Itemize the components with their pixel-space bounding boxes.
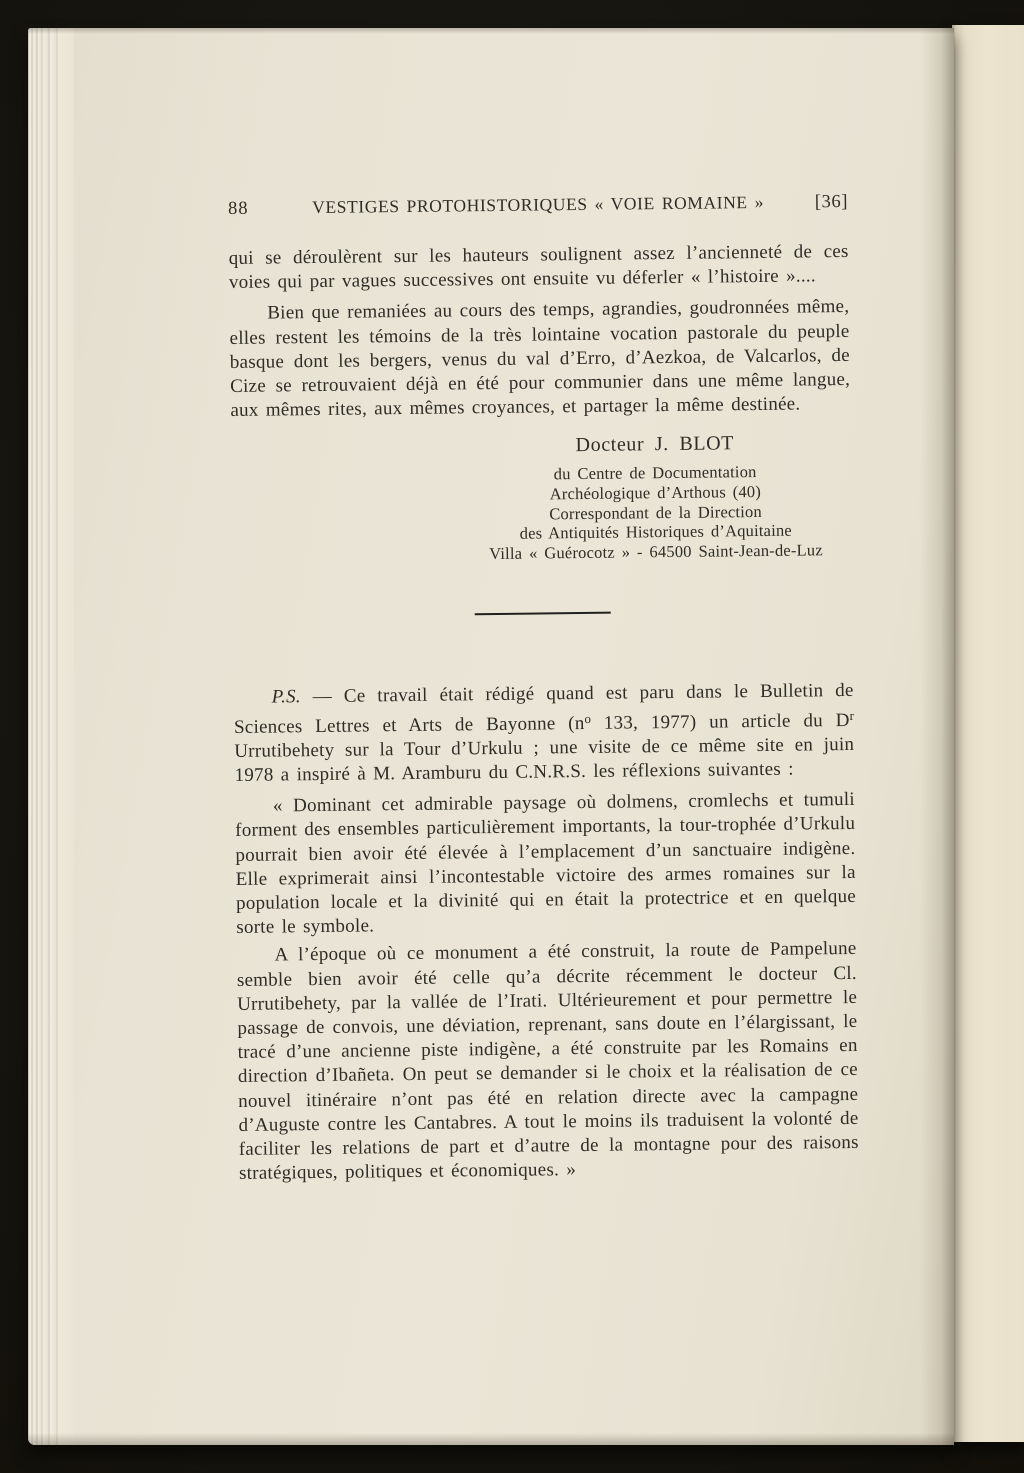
paragraph: Bien que remaniées au cours des temps, a… [229, 295, 850, 423]
postscript-text: 133, 1977) un article du D [591, 710, 850, 734]
running-title: VESTIGES PROTOHISTORIQUES « VOIE ROMAINE… [292, 192, 784, 219]
quote-paragraph: « Dominant cet admirable paysage où dolm… [235, 788, 857, 940]
postscript-paragraph: P.S. — Ce travail était rédigé quand est… [234, 679, 855, 788]
quote-paragraph: A l’époque où ce monument a été construi… [236, 937, 859, 1186]
signature-block: Docteur J. BLOT du Centre de Documentati… [459, 431, 852, 563]
column-reference: [36] [784, 192, 848, 214]
section-divider [475, 612, 611, 616]
page-top-shadow [28, 28, 954, 34]
page-number: 88 [228, 198, 292, 220]
author-name: Docteur J. BLOT [459, 431, 851, 458]
page-stack-edges [28, 28, 74, 1445]
facing-page-edge [952, 25, 1024, 1442]
postscript-label: P.S. [272, 687, 301, 708]
doctor-superscript: r [850, 708, 854, 723]
paragraph-continuation: qui se déroulèrent sur les hauteurs soul… [229, 240, 850, 295]
postscript-text: Urrutibehety sur la Tour d’Urkulu ; une … [234, 734, 854, 786]
page-bottom-shadow [28, 1433, 954, 1445]
book-page: 88 VESTIGES PROTOHISTORIQUES « VOIE ROMA… [28, 28, 954, 1445]
page-content: 88 VESTIGES PROTOHISTORIQUES « VOIE ROMA… [228, 191, 859, 1186]
running-header: 88 VESTIGES PROTOHISTORIQUES « VOIE ROMA… [228, 191, 848, 220]
gutter-shadow [920, 28, 954, 1445]
author-address-line: Villa « Guérocotz » - 64500 Saint-Jean-d… [460, 540, 852, 564]
